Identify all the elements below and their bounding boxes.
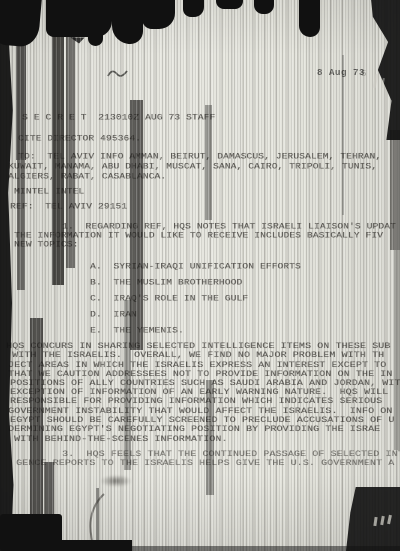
corner-ink-blot	[346, 487, 400, 551]
ink-blot	[216, 0, 243, 9]
scan-streak	[130, 100, 143, 350]
scan-streak	[206, 380, 214, 495]
ink-smudge	[100, 475, 132, 487]
para2-line: THAT WE CAUTION ADDRESSEES NOT TO PROVID…	[8, 371, 392, 379]
para2-line: POSITIONS OF ALLY COUNTRIES SUCH AS SAUD…	[10, 380, 400, 388]
scanned-cable-page: 8 Aug 73 5 S E C R E T 213010Z AUG 73 ST…	[0, 0, 400, 551]
left-edge-ink-bar	[0, 0, 15, 551]
para2-line: EXCEPTION OF INFORMATION OF AN EARLY WAR…	[10, 389, 388, 397]
para2-line: WITH THE ISRAELIS. OVERALL, WE FIND NO M…	[12, 352, 384, 360]
cite-line: CITE DIRECTOR 495364.	[18, 135, 141, 143]
para2-line: JECT AREAS IN WHICH THE ISRAELIS EXPRESS…	[8, 362, 386, 370]
scan-streak	[17, 160, 25, 290]
ink-blot	[299, 0, 320, 37]
para2-line: WITH BEHIND-THE-SCENES INFORMATION.	[14, 436, 228, 444]
ink-blot	[112, 0, 143, 44]
scan-streak	[52, 0, 64, 285]
topic-line: B. THE MUSLIM BROTHERHOOD	[90, 279, 242, 287]
ink-blot	[0, 0, 42, 48]
para2-line: HQS CONCURS IN SHARING SELECTED INTELLIG…	[6, 343, 390, 351]
date-stamp: 8 Aug 73	[317, 68, 365, 78]
date-stamp-faint-mark: 5	[361, 69, 367, 79]
scan-streak	[394, 250, 400, 450]
classification-line: S E C R E T 213010Z AUG 73 STAFF	[22, 114, 215, 122]
scan-streak	[205, 105, 212, 220]
para2-line: GOVERNMENT INSTABILITY THAT WOULD AFFECT…	[8, 408, 392, 416]
ink-blot	[183, 0, 204, 17]
scan-streak	[124, 300, 131, 470]
para2-line: DERMINING EGYPT'S NEGOTIATING POSITION B…	[8, 426, 380, 434]
right-edge-ink-band	[366, 0, 400, 140]
scan-streak	[390, 130, 400, 250]
topic-line: A. SYRIAN-IRAQI UNIFICATION EFFORTS	[90, 263, 301, 271]
para3-line: 3. HQS FEELS THAT THE CONTINUED PASSAGE …	[62, 451, 400, 459]
scan-streak	[342, 55, 344, 215]
band-scratch	[373, 74, 379, 88]
ink-blot	[142, 0, 175, 29]
para2-line: RESPONSIBLE FOR PROVIDING INFORMATION WH…	[10, 398, 382, 406]
para1-line: 1. REGARDING REF, HQS NOTES THAT ISRAELI…	[62, 223, 396, 231]
squiggle-mark	[106, 66, 130, 82]
bottom-edge-line	[0, 546, 400, 551]
ink-blot	[88, 18, 103, 46]
para2-line: EGYPT SHOULD BE CAREFULLY SCREENED TO PR…	[10, 417, 394, 425]
scan-streak	[66, 0, 75, 268]
topic-line: C. IRAQ'S ROLE IN THE GULF	[90, 295, 248, 303]
ink-blot	[254, 0, 274, 14]
